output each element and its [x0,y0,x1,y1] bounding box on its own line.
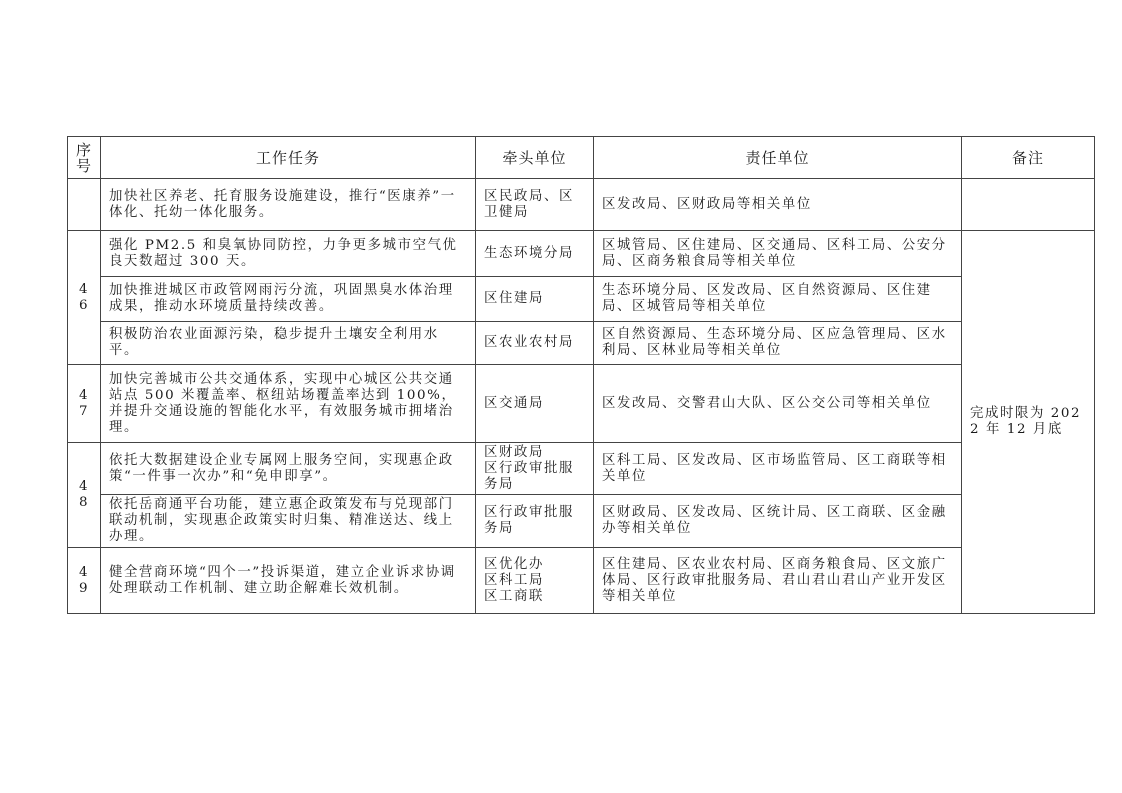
task-cell: 加快社区养老、托育服务设施建设，推行“医康养”一体化、托幼一体化服务。 [101,179,476,231]
table-row: 加快社区养老、托育服务设施建设，推行“医康养”一体化、托幼一体化服务。 区民政局… [68,179,1095,231]
task-cell: 健全营商环境“四个一”投诉渠道，建立企业诉求协调处理联动工作机制、建立助企解难长… [101,548,476,614]
lead-unit: 区财政局 [484,445,585,461]
table-row: 47 加快完善城市公共交通体系，实现中心城区公共交通站点 500 米覆盖率、枢纽… [68,365,1095,443]
table-row: 46 强化 PM2.5 和臭氧协同防控，力争更多城市空气优良天数超过 300 天… [68,231,1095,277]
lead-unit: 区民政局、区卫健局 [484,189,585,221]
table-row: 依托岳商通平台功能，建立惠企政策发布与兑现部门联动机制，实现惠企政策实时归集、精… [68,495,1095,548]
lead-unit-cell: 区民政局、区卫健局 [476,179,594,231]
note-cell: 完成时限为 2022 年 12 月底 [962,231,1095,614]
seq-cell: 48 [68,443,101,548]
header-responsible-unit: 责任单位 [594,137,962,179]
lead-unit-cell: 区交通局 [476,365,594,443]
seq-cell: 47 [68,365,101,443]
responsible-unit-cell: 生态环境分局、区发改局、区自然资源局、区住建局、区城管局等相关单位 [594,277,962,322]
lead-unit-cell: 区住建局 [476,277,594,322]
lead-unit: 区优化办 [484,557,585,573]
lead-unit: 区住建局 [484,291,585,307]
table-row: 48 依托大数据建设企业专属网上服务空间，实现惠企政策“一件事一次办”和“免申即… [68,443,1095,495]
table-row: 积极防治农业面源污染，稳步提升土壤安全利用水平。 区农业农村局 区自然资源局、生… [68,322,1095,365]
responsible-unit-cell: 区发改局、交警君山大队、区公交公司等相关单位 [594,365,962,443]
lead-unit: 区工商联 [484,589,585,605]
responsible-unit-cell: 区城管局、区住建局、区交通局、区科工局、公安分局、区商务粮食局等相关单位 [594,231,962,277]
lead-unit-cell: 区优化办 区科工局 区工商联 [476,548,594,614]
responsible-unit-cell: 区财政局、区发改局、区统计局、区工商联、区金融办等相关单位 [594,495,962,548]
lead-unit-cell: 区行政审批服务局 [476,495,594,548]
seq-cell: 46 [68,231,101,365]
seq-cell: 49 [68,548,101,614]
lead-unit: 区交通局 [484,396,585,412]
table-row: 49 健全营商环境“四个一”投诉渠道，建立企业诉求协调处理联动工作机制、建立助企… [68,548,1095,614]
header-seq: 序号 [68,137,101,179]
header-task: 工作任务 [101,137,476,179]
lead-unit: 区行政审批服务局 [484,461,585,493]
header-note: 备注 [962,137,1095,179]
lead-unit: 区科工局 [484,573,585,589]
task-table: 序号 工作任务 牵头单位 责任单位 备注 加快社区养老、托育服务设施建设，推行“… [67,136,1095,614]
lead-unit-cell: 区农业农村局 [476,322,594,365]
task-cell: 加快完善城市公共交通体系，实现中心城区公共交通站点 500 米覆盖率、枢纽站场覆… [101,365,476,443]
responsible-unit-cell: 区住建局、区农业农村局、区商务粮食局、区文旅广体局、区行政审批服务局、君山君山君… [594,548,962,614]
task-cell: 积极防治农业面源污染，稳步提升土壤安全利用水平。 [101,322,476,365]
table-row: 加快推进城区市政管网雨污分流，巩固黑臭水体治理成果，推动水环境质量持续改善。 区… [68,277,1095,322]
task-cell: 加快推进城区市政管网雨污分流，巩固黑臭水体治理成果，推动水环境质量持续改善。 [101,277,476,322]
lead-unit: 生态环境分局 [484,246,585,262]
lead-unit-cell: 生态环境分局 [476,231,594,277]
lead-unit: 区农业农村局 [484,335,585,351]
responsible-unit-cell: 区科工局、区发改局、区市场监管局、区工商联等相关单位 [594,443,962,495]
seq-cell [68,179,101,231]
task-cell: 强化 PM2.5 和臭氧协同防控，力争更多城市空气优良天数超过 300 天。 [101,231,476,277]
task-cell: 依托大数据建设企业专属网上服务空间，实现惠企政策“一件事一次办”和“免申即享”。 [101,443,476,495]
note-cell-empty [962,179,1095,231]
responsible-unit-cell: 区发改局、区财政局等相关单位 [594,179,962,231]
header-lead-unit: 牵头单位 [476,137,594,179]
lead-unit: 区行政审批服务局 [484,505,585,537]
task-cell: 依托岳商通平台功能，建立惠企政策发布与兑现部门联动机制，实现惠企政策实时归集、精… [101,495,476,548]
lead-unit-cell: 区财政局 区行政审批服务局 [476,443,594,495]
responsible-unit-cell: 区自然资源局、生态环境分局、区应急管理局、区水利局、区林业局等相关单位 [594,322,962,365]
table-header-row: 序号 工作任务 牵头单位 责任单位 备注 [68,137,1095,179]
